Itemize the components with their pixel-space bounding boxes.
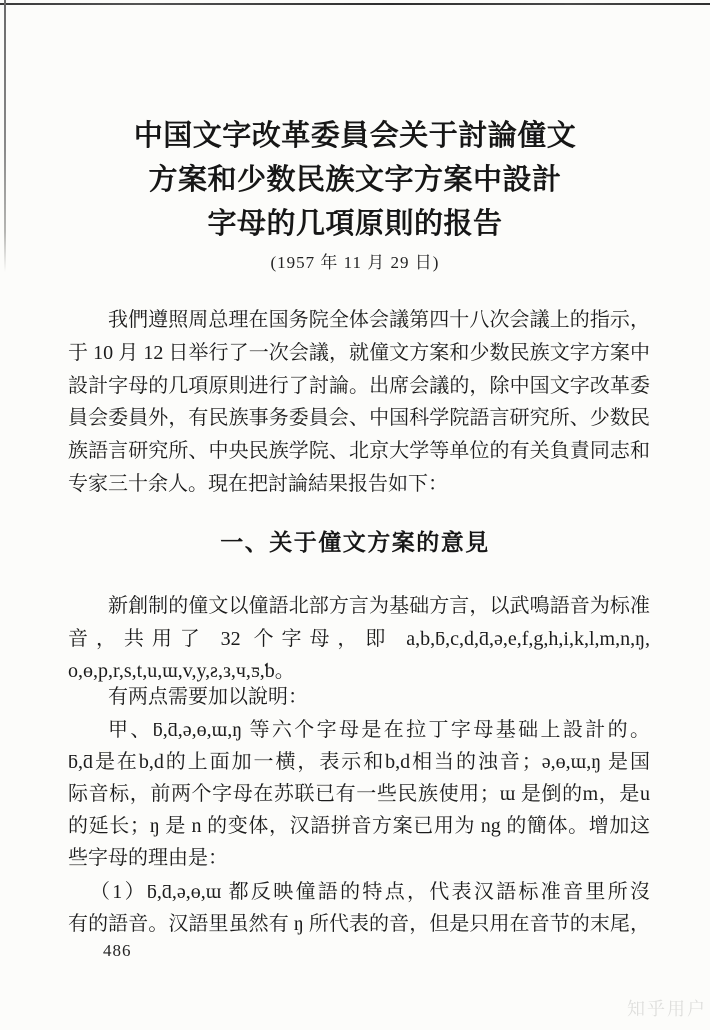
paragraph-note-jia: 甲、ƃ,ƌ,ə,ɵ,ɯ,ŋ 等六个字母是在拉丁字母基础上設計的。 ƃ,ƌ是在b,… <box>68 714 650 874</box>
text-line: 际音标，前两个字母在苏联已有一些民族使用；ɯ 是倒的m，是u <box>68 778 650 810</box>
text-line: 音，共用了 32 个字母，即 a,b,ƃ,c,d,ƌ,ə,e,f,g,h,i,k… <box>68 623 650 656</box>
page-number: 486 <box>103 941 132 961</box>
title-line-1: 中国文字改革委員会关于討論僮文 <box>0 114 710 158</box>
paragraph-alphabet: 新創制的僮文以僮語北部方言为基础方言，以武鳴語音为标准 音，共用了 32 个字母… <box>68 590 650 688</box>
text-line: 专家三十余人。現在把討論結果报告如下： <box>68 468 650 501</box>
text-line: 族語言研究所、中央民族学院、北京大学等单位的有关負責同志和 <box>68 435 650 468</box>
text-line: 設計字母的几項原則进行了討論。出席会議的，除中国文字改革委 <box>68 370 650 403</box>
watermark-text: 知乎用户 <box>627 995 707 1021</box>
text-line: 新創制的僮文以僮語北部方言为基础方言，以武鳴語音为标准 <box>68 590 650 623</box>
text-line: 于 10 月 12 日举行了一次会議，就僮文方案和少数民族文字方案中 <box>68 337 650 370</box>
text-line: ƃ,ƌ是在b,d的上面加一横，表示和b,d相当的浊音；ə,ɵ,ɯ,ŋ 是国 <box>68 746 650 778</box>
text-line: 甲、ƃ,ƌ,ə,ɵ,ɯ,ŋ 等六个字母是在拉丁字母基础上設計的。 <box>68 714 650 746</box>
text-line: 些字母的理由是： <box>68 842 650 874</box>
section-heading: 一、关于僮文方案的意見 <box>0 524 710 557</box>
document-page: 中国文字改革委員会关于討論僮文 方案和少数民族文字方案中設計 字母的几項原則的报… <box>0 0 710 1030</box>
text-line: （1）ƃ,ƌ,ə,ɵ,ɯ 都反映僮語的特点，代表汉語标准音里所沒 <box>68 876 650 908</box>
text-line: 的延长；ŋ 是 n 的变体，汉語拼音方案已用为 ng 的簡体。增加这 <box>68 810 650 842</box>
text-line: 我們遵照周总理在国务院全体会議第四十八次会議上的指示， <box>68 304 650 337</box>
text-line: 有两点需要加以說明： <box>68 681 650 714</box>
title-line-2: 方案和少数民族文字方案中設計 <box>0 158 710 202</box>
text-line: 員会委員外，有民族事务委員会、中国科学院語言研究所、少数民 <box>68 402 650 435</box>
paragraph-note-intro: 有两点需要加以說明： <box>68 681 650 714</box>
document-title: 中国文字改革委員会关于討論僮文 方案和少数民族文字方案中設計 字母的几項原則的报… <box>0 114 710 246</box>
scan-edge-line-top <box>0 3 710 5</box>
text-line: 有的語音。汉語里虽然有 ŋ 所代表的音，但是只用在音节的末尾， <box>68 908 650 940</box>
title-line-3: 字母的几項原則的报告 <box>0 202 710 246</box>
intro-paragraph: 我們遵照周总理在国务院全体会議第四十八次会議上的指示， 于 10 月 12 日举… <box>68 304 650 501</box>
title-date: (1957 年 11 月 29 日) <box>0 248 710 273</box>
paragraph-reason-1: （1）ƃ,ƌ,ə,ɵ,ɯ 都反映僮語的特点，代表汉語标准音里所沒 有的語音。汉語… <box>68 876 650 940</box>
